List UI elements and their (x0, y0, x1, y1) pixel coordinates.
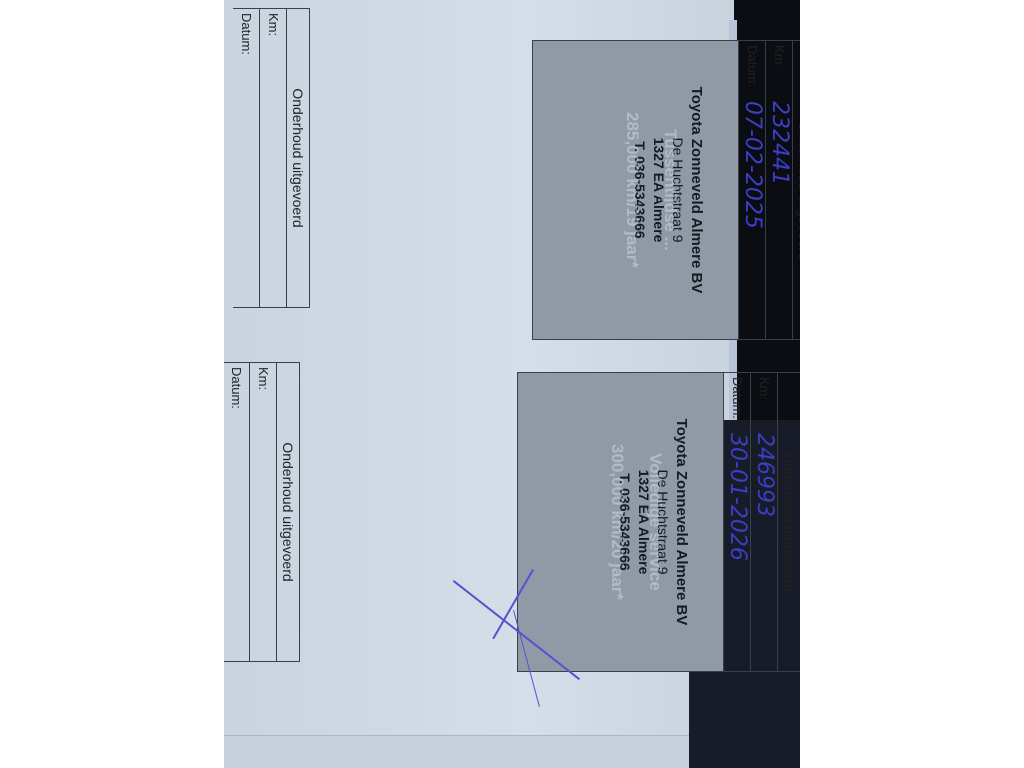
date-row: Datum: (233, 8, 260, 308)
booklet-photo: Onderhoud uitgevoerd Km:232441 Datum:07-… (224, 0, 800, 768)
km-handwritten: 232441 (766, 101, 792, 185)
maintenance-card-4: Onderhoud uitgevoerd Km: Datum: (224, 362, 300, 662)
card-header: Onderhoud uitgevoerd (277, 362, 300, 662)
km-row: Km: (260, 8, 287, 308)
date-row: Datum:30-01-2026 (724, 372, 751, 672)
date-row: Datum: (224, 362, 250, 662)
next-page (224, 735, 689, 768)
maintenance-card-3: Onderhoud uitgevoerd Km: Datum: (233, 8, 310, 308)
date-row: Datum:07-02-2025 (739, 40, 766, 340)
card-header: Onderhoud uitgevoerd (287, 8, 310, 308)
date-handwritten: 07-02-2025 (739, 101, 765, 229)
km-handwritten: 246993 (751, 433, 777, 517)
km-row: Km: (250, 362, 277, 662)
km-row: Km:232441 (766, 40, 793, 340)
card-header: Onderhoud uitgevoerd (793, 40, 800, 340)
km-row: Km:246993 (751, 372, 778, 672)
dealer-stamp: Volledige service 300,000 km/20 jaar* To… (517, 372, 724, 672)
maintenance-card-1: Onderhoud uitgevoerd Km:232441 Datum:07-… (532, 40, 800, 340)
date-handwritten: 30-01-2026 (724, 433, 750, 561)
card-header: Onderhoud uitgevoerd (778, 372, 800, 672)
maintenance-card-2: Onderhoud uitgevoerd Km:246993 Datum:30-… (517, 372, 800, 672)
dealer-stamp: Tussentijdse ... 285,000 km/19 jaar* Toy… (532, 40, 739, 340)
